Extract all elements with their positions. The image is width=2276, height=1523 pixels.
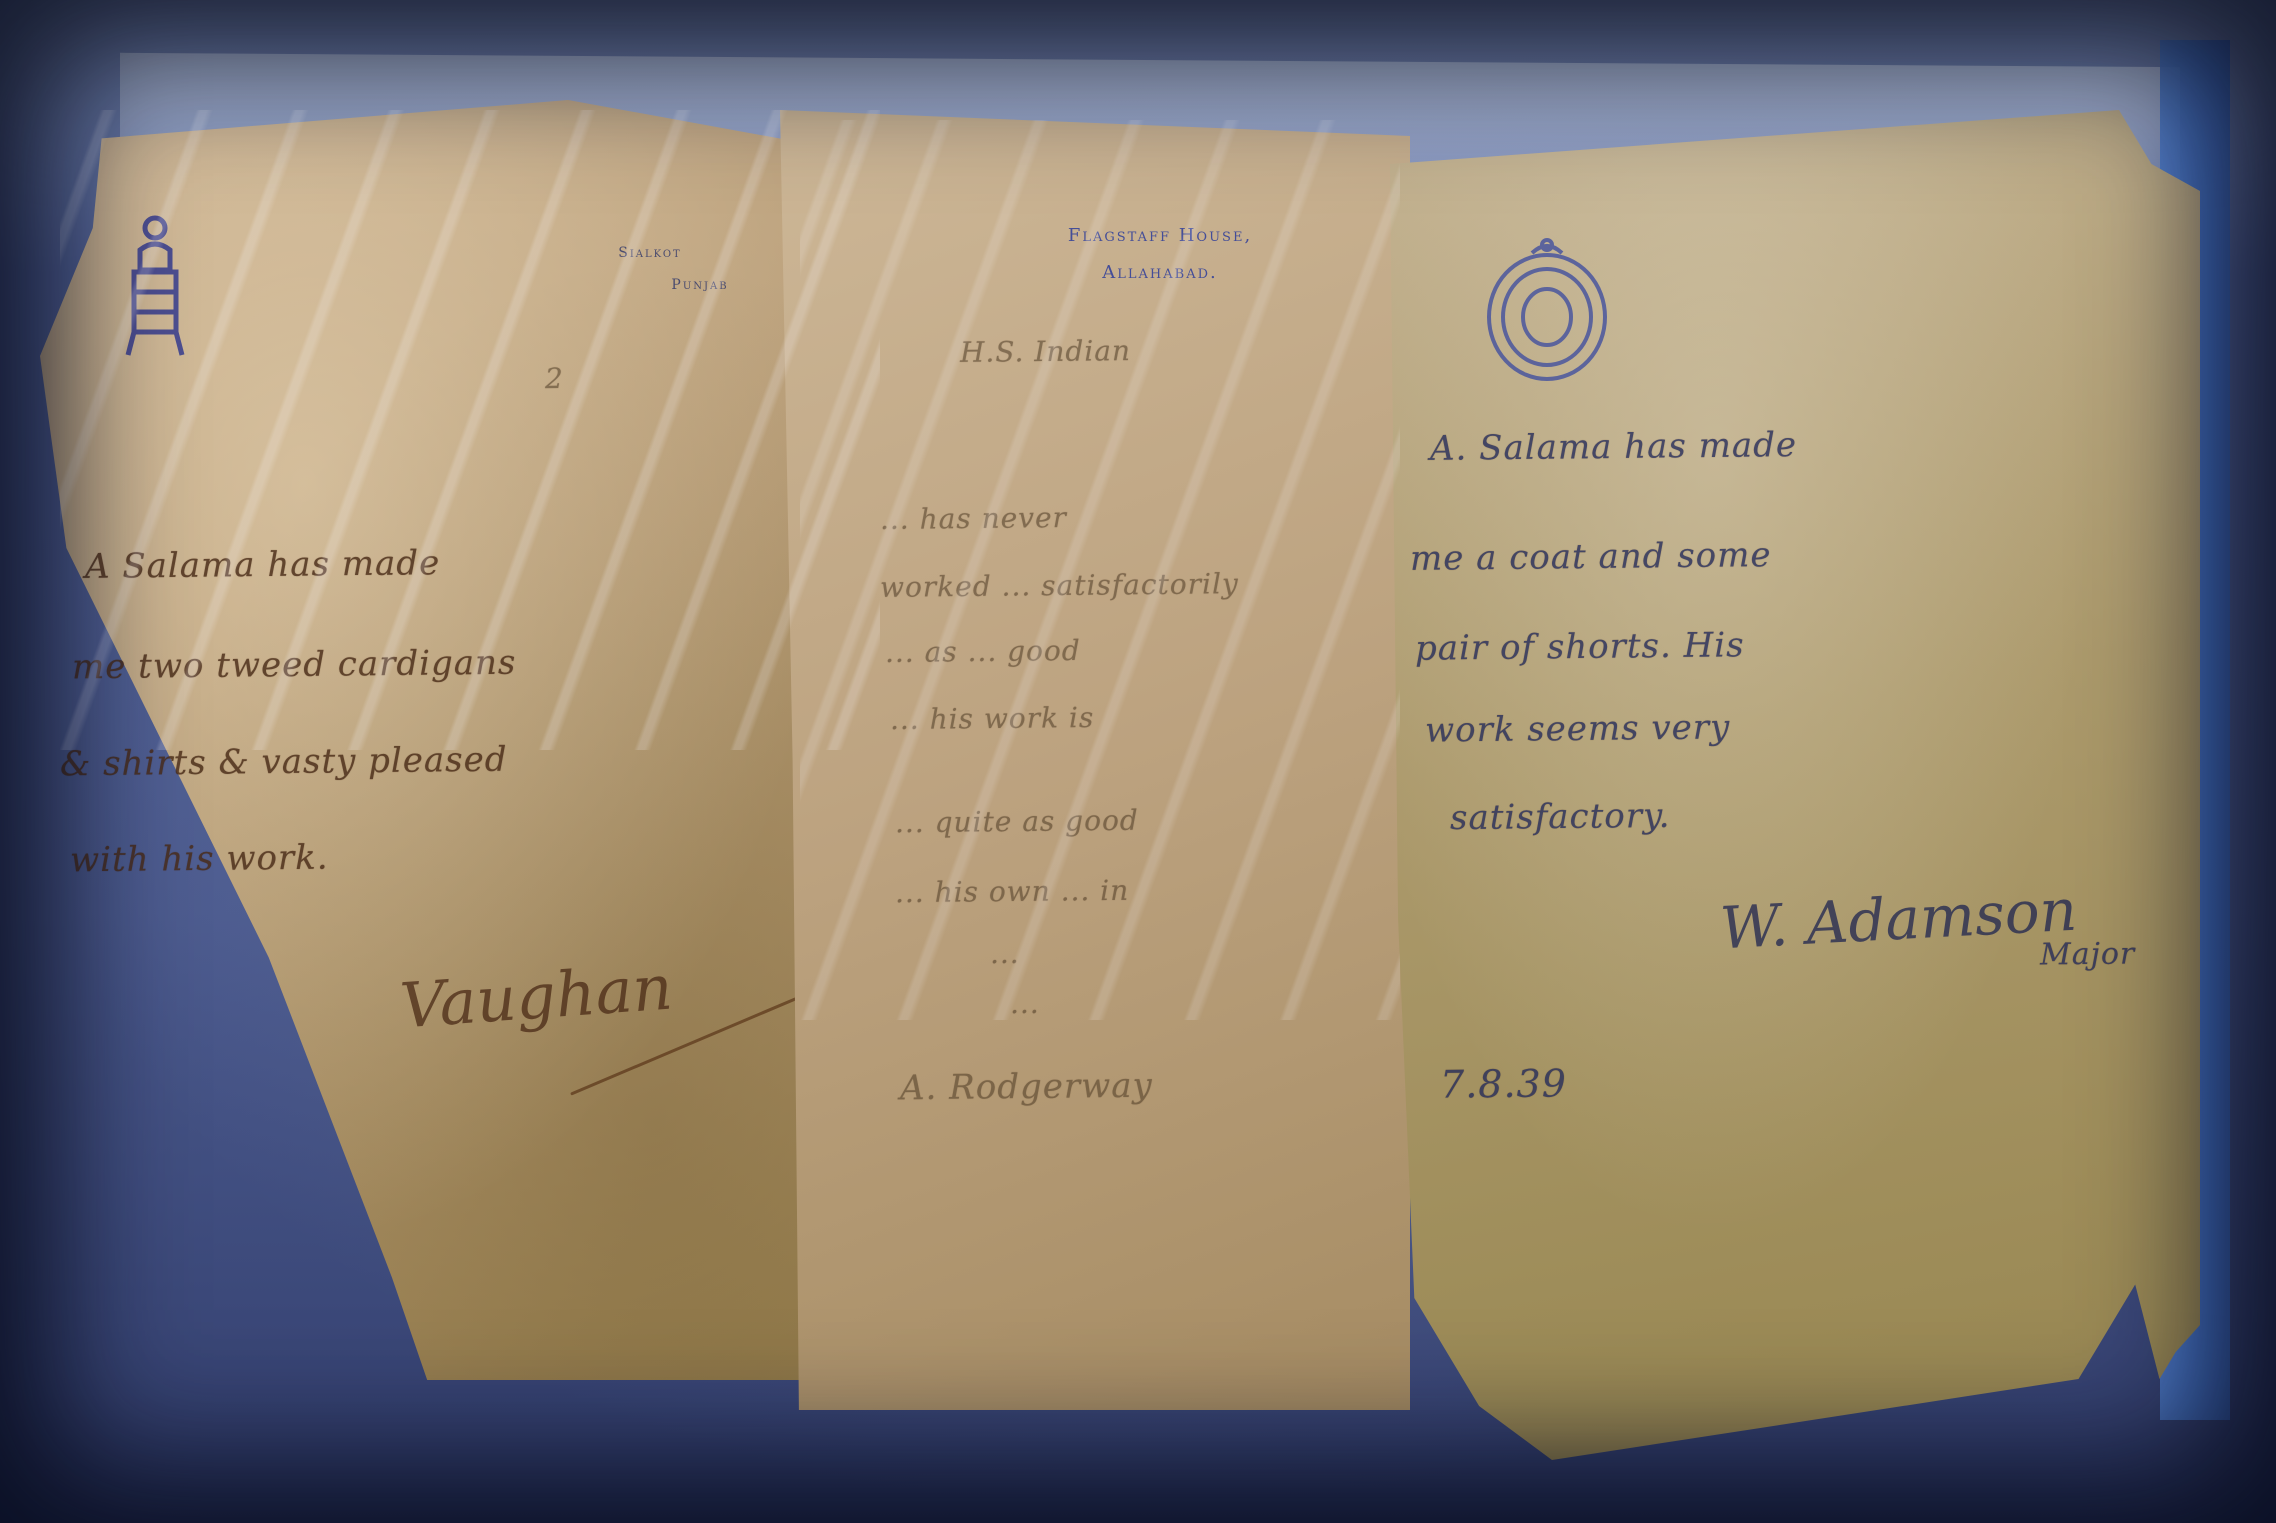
letterhead-middle-line-1: Flagstaff House, <box>1068 225 1252 246</box>
letterhead-left-line-2: Punjab <box>540 277 760 293</box>
letter-date: 7.8.39 <box>1440 1064 1567 1103</box>
letterhead-left: Sialkot Punjab <box>540 245 760 293</box>
letter-right-line-4: work seems very <box>1425 710 1731 747</box>
signature-middle: A. Rodgerway <box>900 1069 1153 1106</box>
letter-middle-line-3: ... as ... good <box>885 637 1081 667</box>
letter-middle-line-4: ... his work is <box>890 704 1095 734</box>
letter-left-line-4: with his work. <box>70 841 329 878</box>
letter-middle-line-5: ... quite as good <box>895 807 1139 838</box>
letter-middle-line-8: ... <box>1010 990 1040 1018</box>
letter-left-line-2: me two tweed cardigans <box>72 646 517 685</box>
letter-middle-line-6: ... his own ... in <box>895 877 1129 907</box>
letterhead-left-line-1: Sialkot <box>618 245 681 261</box>
letter-right-line-3: pair of shorts. His <box>1415 628 1745 665</box>
letter-right-line-2: me a coat and some <box>1410 538 1772 576</box>
letter-left-line-3: & shirts & vasty pleased <box>60 743 508 782</box>
letter-middle <box>780 110 1410 1410</box>
letterhead-middle: Flagstaff House, Allahabad. <box>960 225 1360 283</box>
regimental-badge-icon <box>1480 235 1615 385</box>
letter-middle-dateline: H.S. Indian <box>960 337 1131 367</box>
page-number: 2 <box>545 365 564 393</box>
letterhead-middle-line-2: Allahabad. <box>960 262 1360 283</box>
signatory-rank: Major <box>2040 940 2136 971</box>
letter-right-line-5: satisfactory. <box>1450 799 1671 835</box>
letter-middle-line-2: worked ... satisfactorily <box>880 570 1239 602</box>
letter-left-line-1: A Salama has made <box>85 546 441 584</box>
letter-right-line-1: A. Salama has made <box>1430 428 1797 466</box>
crown-emblem-icon <box>120 210 190 360</box>
letter-middle-line-1: ... has never <box>880 504 1067 534</box>
letter-middle-line-7: ... <box>990 940 1020 968</box>
